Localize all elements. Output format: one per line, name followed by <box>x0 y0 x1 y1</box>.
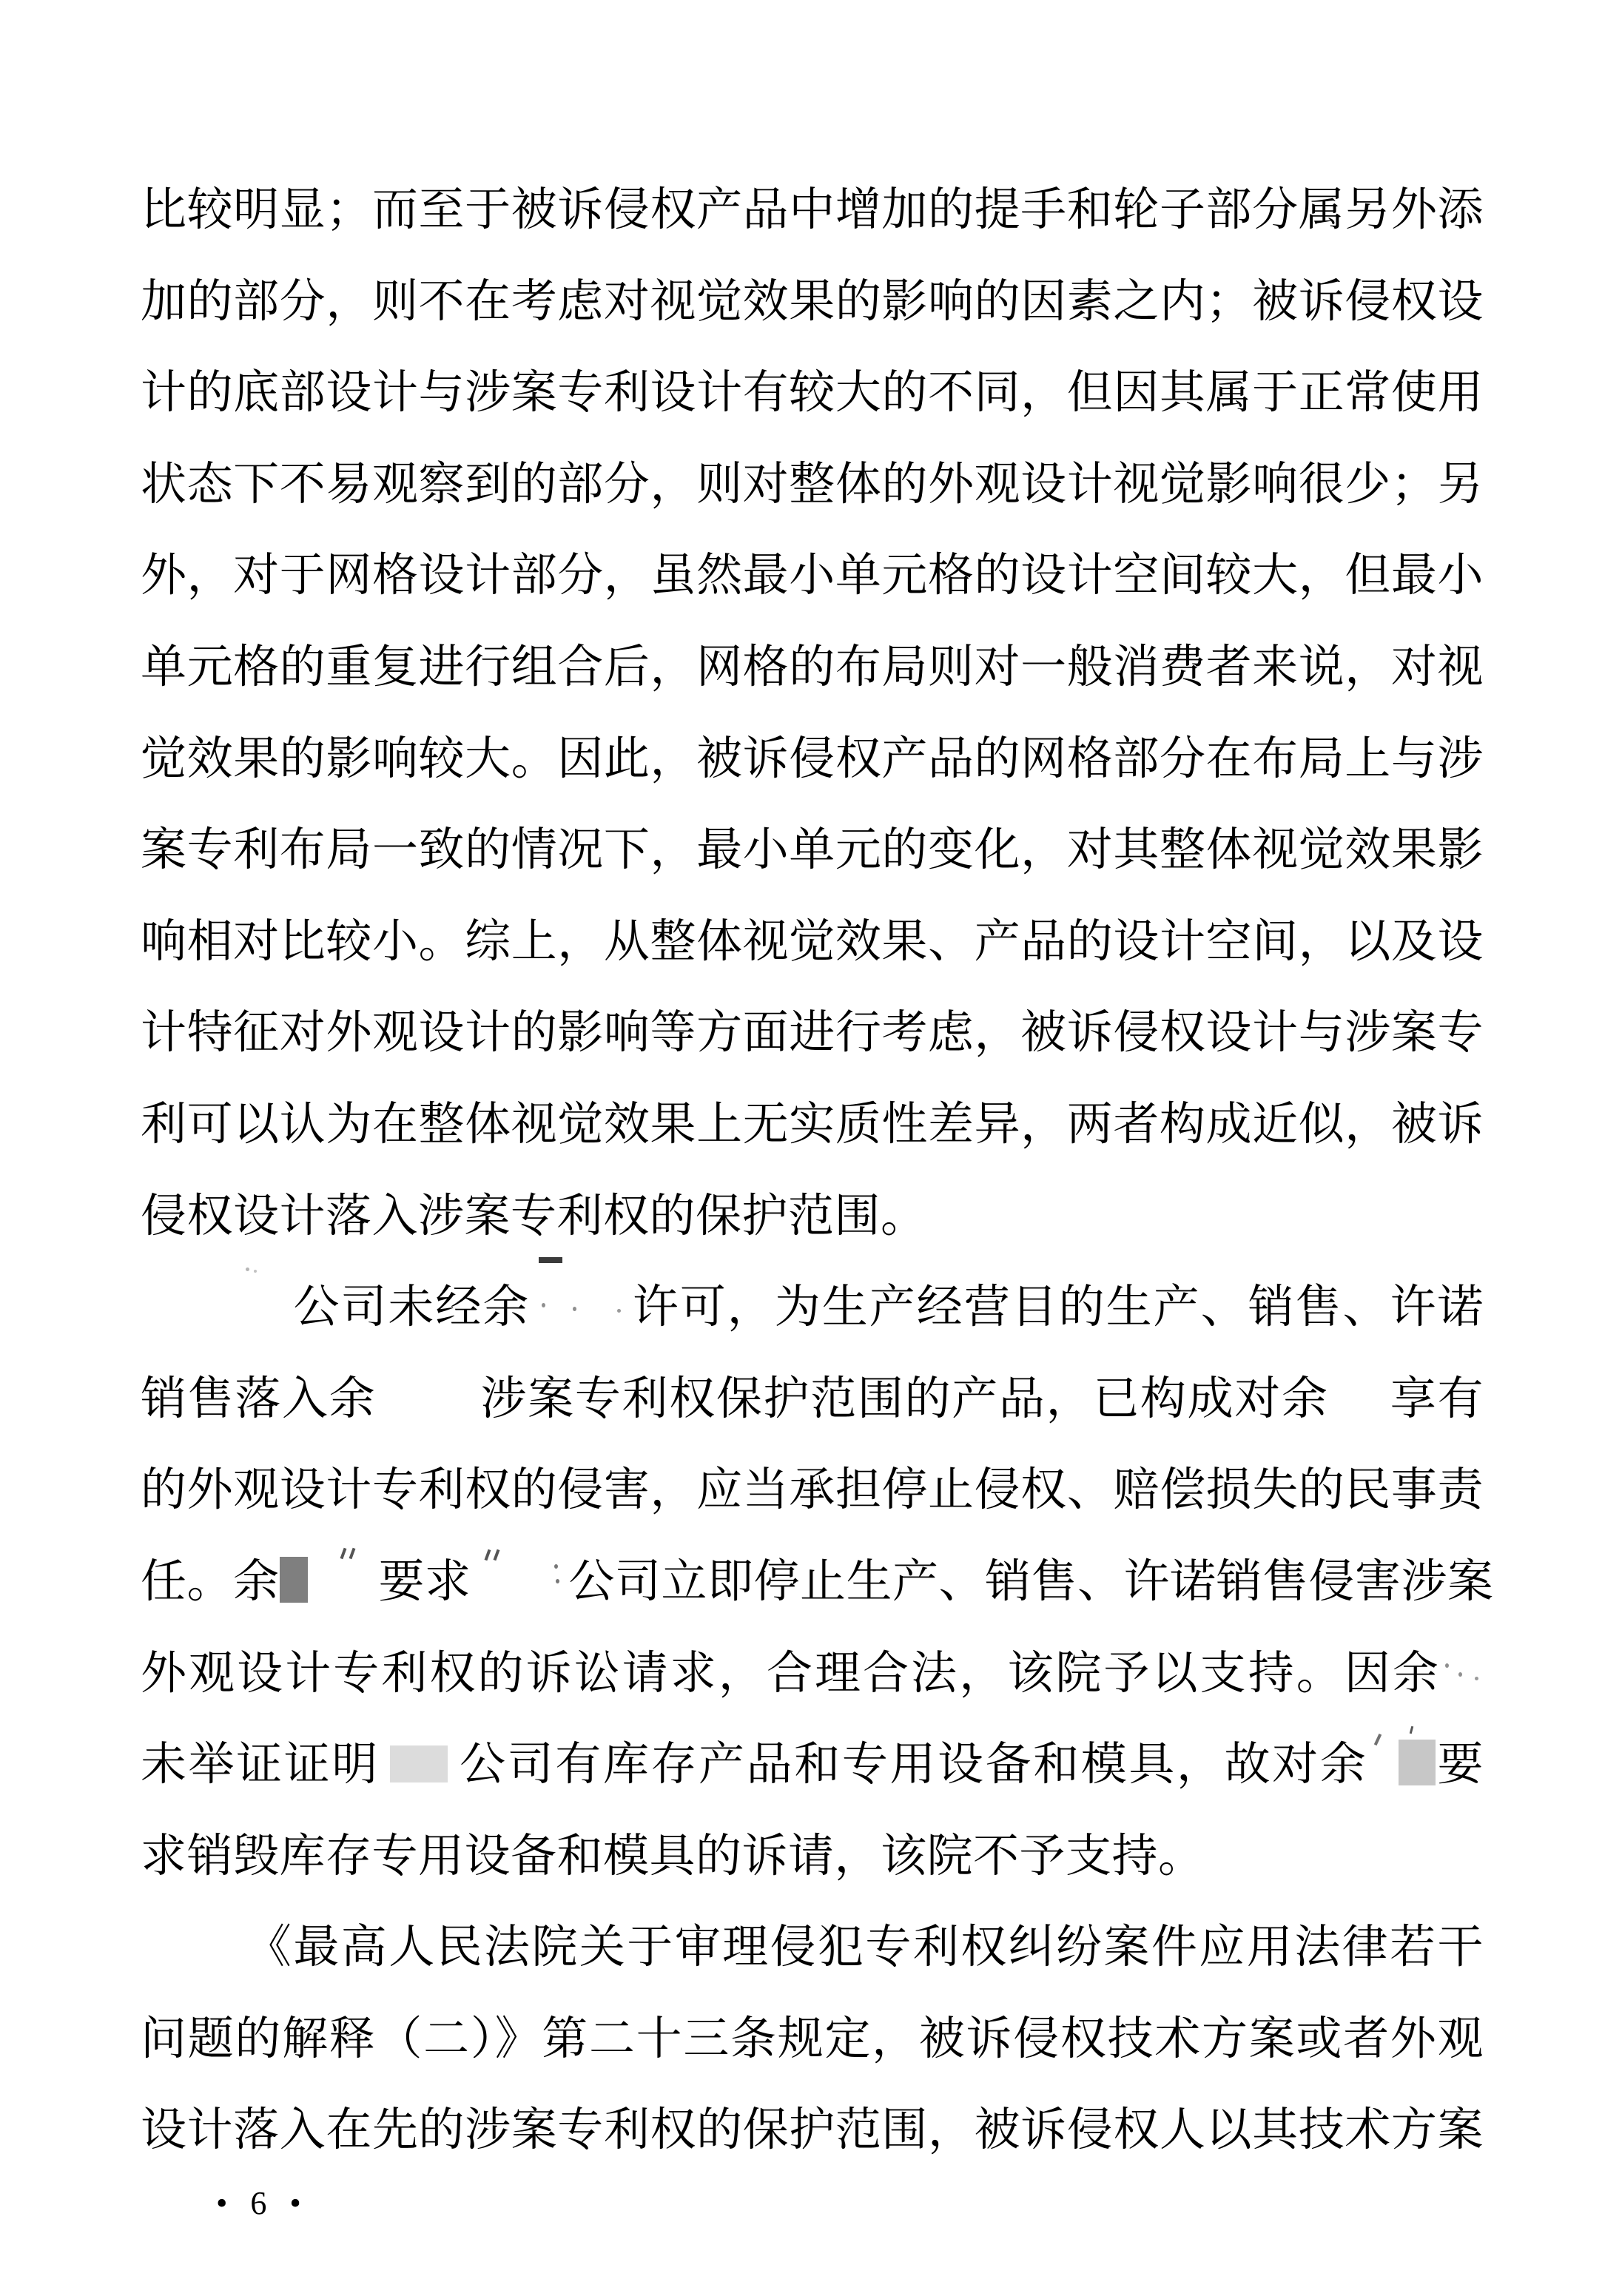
redaction-gap <box>380 1778 390 1780</box>
redaction-mark <box>1374 1734 1382 1745</box>
redaction-gap <box>141 1321 292 1322</box>
document-line: 觉效果的影响较大。因此，被诉侵权产品的网格部分在布局上与涉 <box>141 714 1484 806</box>
text-run: 计特征对外观设计的影响等方面进行考虑，被诉侵权设计与涉案专 <box>141 1008 1484 1058</box>
text-run: 响相对比较小。综上，从整体视觉效果、产品的设计空间，以及设 <box>141 917 1484 967</box>
redaction-mark <box>556 1579 559 1583</box>
text-run: 要求 <box>379 1557 471 1607</box>
text-run: 比较明显；而至于被诉侵权产品中增加的提手和轮子部分属另外添 <box>141 185 1484 235</box>
text-run: 销售落入余 <box>141 1374 376 1424</box>
text-run: 公司立即停止生产、销售、许诺销售侵害涉案 <box>569 1557 1494 1607</box>
page-number: • 6 • <box>216 2184 309 2222</box>
text-run: 求销毁库存专用设备和模具的诉请，该院不予支持。 <box>141 1831 1205 1882</box>
document-line: 问题的解释（二）》第二十三条规定，被诉侵权技术方案或者外观 <box>141 1994 1484 2086</box>
text-run: 设计落入在先的涉案专利权的保护范围，被诉侵权人以其技术方案 <box>141 2105 1484 2155</box>
redaction-gap <box>376 1413 479 1414</box>
text-run: 案专利布局一致的情况下，最小单元的变化，对其整体视觉效果影 <box>141 825 1484 875</box>
text-run: 计的底部设计与涉案专利设计有较大的不同，但因其属于正常使用 <box>141 368 1484 418</box>
redaction-block <box>1399 1740 1436 1785</box>
text-run: 外观设计专利权的诉讼请求，合理合法，该院予以支持。因余 <box>141 1649 1441 1699</box>
redaction-mark <box>493 1549 499 1561</box>
document-line: 计特征对外观设计的影响等方面进行考虑，被诉侵权设计与涉案专 <box>141 988 1484 1080</box>
redaction-gap <box>530 1321 631 1322</box>
text-run: 未举证证明 <box>141 1740 380 1790</box>
redaction-mark <box>1475 1677 1478 1680</box>
redaction-mark <box>617 1309 621 1313</box>
redaction-mark <box>1458 1672 1462 1677</box>
text-run: 问题的解释（二）》第二十三条规定，被诉侵权技术方案或者外观 <box>141 2014 1484 2064</box>
text-run: 利可以认为在整体视觉效果上无实质性差异，两者构成近似，被诉 <box>141 1100 1484 1150</box>
document-line: 侵权设计落入涉案专利权的保护范围。 <box>141 1171 1484 1263</box>
text-run: 侵权设计落入涉案专利权的保护范围。 <box>141 1191 927 1242</box>
document-line: 加的部分，则不在考虑对视觉效果的影响的因素之内；被诉侵权设 <box>141 257 1484 349</box>
document-page: 比较明显；而至于被诉侵权产品中增加的提手和轮子部分属另外添加的部分，则不在考虑对… <box>0 0 1622 2296</box>
text-run: 的外观设计专利权的侵害，应当承担停止侵权、赔偿损失的民事责 <box>141 1465 1484 1515</box>
redaction-mark <box>573 1307 576 1311</box>
redaction-block <box>390 1745 448 1782</box>
text-run: 加的部分，则不在考虑对视觉效果的影响的因素之内；被诉侵权设 <box>141 277 1484 327</box>
document-line: 案专利布局一致的情况下，最小单元的变化，对其整体视觉效果影 <box>141 805 1484 897</box>
document-line: 利可以认为在整体视觉效果上无实质性差异，两者构成近似，被诉 <box>141 1080 1484 1171</box>
redaction-gap <box>448 1778 458 1780</box>
text-run: 许可，为生产经营目的生产、销售、许诺 <box>631 1282 1484 1333</box>
redaction-mark <box>340 1548 346 1559</box>
redaction-mark <box>542 1303 545 1307</box>
text-run: 要 <box>1436 1740 1484 1790</box>
document-line: 任。余要求公司立即停止生产、销售、许诺销售侵害涉案 <box>141 1537 1484 1629</box>
text-run: 享有 <box>1390 1374 1484 1424</box>
text-run: 《最高人民法院关于审理侵犯专利权纠纷案件应用法律若干 <box>244 1922 1484 1973</box>
document-line: 计的底部设计与涉案专利设计有较大的不同，但因其属于正常使用 <box>141 348 1484 440</box>
redaction-mark <box>246 1267 249 1271</box>
document-line: 销售落入余涉案专利权保护范围的产品，已构成对余享有 <box>141 1354 1484 1446</box>
document-body: 比较明显；而至于被诉侵权产品中增加的提手和轮子部分属另外添加的部分，则不在考虑对… <box>141 165 1484 2177</box>
redaction-gap <box>471 1595 569 1597</box>
redaction-mark <box>1445 1663 1449 1668</box>
redaction-block <box>280 1557 308 1603</box>
text-run: 单元格的重复进行组合后，网格的布局则对一般消费者来说，对视 <box>141 642 1484 693</box>
document-line: 求销毁库存专用设备和模具的诉请，该院不予支持。 <box>141 1811 1484 1903</box>
text-run: 涉案专利权保护范围的产品，已构成对余 <box>479 1374 1328 1424</box>
document-line: 外观设计专利权的诉讼请求，合理合法，该院予以支持。因余 <box>141 1629 1484 1720</box>
document-line: 设计落入在先的涉案专利权的保护范围，被诉侵权人以其技术方案 <box>141 2085 1484 2177</box>
document-line: 的外观设计专利权的侵害，应当承担停止侵权、赔偿损失的民事责 <box>141 1445 1484 1537</box>
redaction-gap <box>308 1595 379 1597</box>
document-line: 公司未经余许可，为生产经营目的生产、销售、许诺 <box>141 1262 1484 1354</box>
text-run: 任。余 <box>141 1557 280 1607</box>
redaction-gap <box>141 1961 244 1962</box>
text-run: 外，对于网格设计部分，虽然最小单元格的设计空间较大，但最小 <box>141 551 1484 601</box>
redaction-mark <box>539 1257 562 1263</box>
text-run: 状态下不易观察到的部分，则对整体的外观设计视觉影响很少；另 <box>141 459 1484 510</box>
redaction-gap <box>1329 1413 1390 1414</box>
document-line: 状态下不易观察到的部分，则对整体的外观设计视觉影响很少；另 <box>141 440 1484 531</box>
redaction-mark <box>1410 1726 1413 1734</box>
document-line: 《最高人民法院关于审理侵犯专利权纠纷案件应用法律若干 <box>141 1902 1484 1994</box>
redaction-mark <box>554 1564 558 1569</box>
redaction-gap <box>1367 1778 1399 1780</box>
redaction-mark <box>484 1549 491 1561</box>
document-line: 比较明显；而至于被诉侵权产品中增加的提手和轮子部分属另外添 <box>141 165 1484 257</box>
text-run: 公司有库存产品和专用设备和模具，故对余 <box>458 1740 1367 1790</box>
document-line: 外，对于网格设计部分，虽然最小单元格的设计空间较大，但最小 <box>141 531 1484 622</box>
text-run: 觉效果的影响较大。因此，被诉侵权产品的网格部分在布局上与涉 <box>141 734 1484 784</box>
redaction-mark <box>254 1270 257 1273</box>
document-line: 未举证证明公司有库存产品和专用设备和模具，故对余要 <box>141 1720 1484 1811</box>
text-run: 公司未经余 <box>292 1282 530 1333</box>
redaction-gap <box>1441 1687 1484 1689</box>
document-line: 单元格的重复进行组合后，网格的布局则对一般消费者来说，对视 <box>141 622 1484 714</box>
document-line: 响相对比较小。综上，从整体视觉效果、产品的设计空间，以及设 <box>141 897 1484 989</box>
redaction-mark <box>349 1548 355 1559</box>
